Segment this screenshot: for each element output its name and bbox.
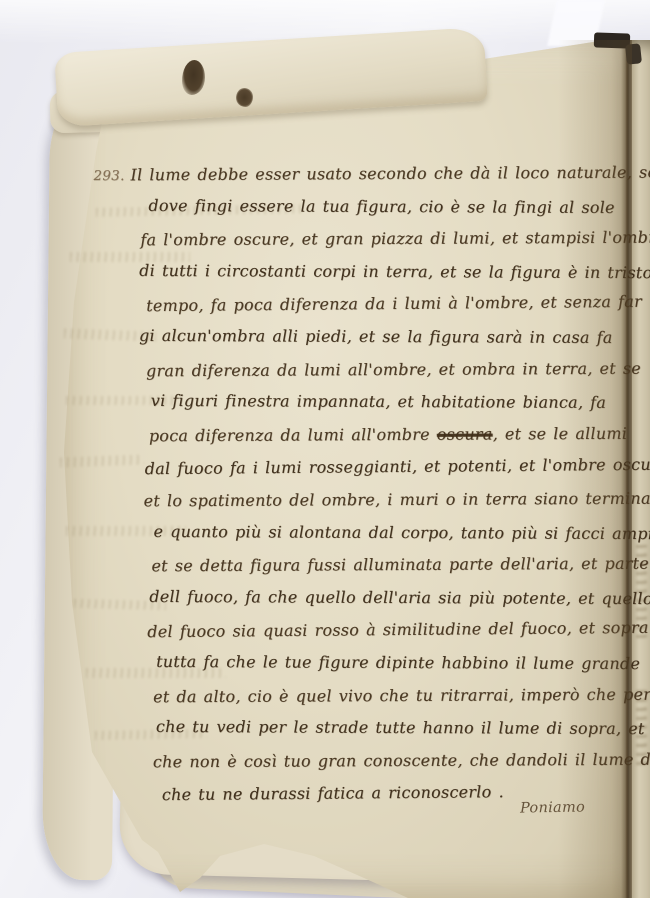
manuscript-line: dell fuoco, fa che quello dell'aria sia … — [149, 581, 647, 616]
manuscript-scan: 293. Il lume debbe esser usato secondo c… — [0, 0, 650, 898]
manuscript-line: dove fingi essere la tua figura, cio è s… — [148, 190, 636, 225]
manuscript-line: et se detta figura fussi alluminata part… — [151, 548, 646, 583]
manuscript-line: gi alcun'ombra alli piedi, et se la figu… — [139, 320, 640, 355]
manuscript-line: et da alto, cio è quel vivo che tu ritra… — [153, 678, 650, 713]
manuscript-line: fa l'ombre oscure, et gran piazza di lum… — [140, 222, 637, 257]
struck-word: oscura — [436, 424, 492, 443]
manuscript-line: et lo spatimento del ombre, i muri o in … — [143, 483, 644, 518]
manuscript-line: gran diferenza da lumi all'ombre, et omb… — [145, 352, 640, 387]
catchword: Poniamo — [520, 799, 585, 816]
page-number: 293. — [93, 160, 125, 193]
manuscript-line: che tu vedi per le strade tutte hanno il… — [156, 711, 650, 746]
text-lines: Il lume debbe esser usato secondo che dà… — [134, 158, 650, 810]
ink-blot-2 — [236, 88, 253, 107]
line-text: poca diferenza da lumi all'ombre — [148, 425, 437, 446]
manuscript-line: vi figuri finestra impannata, et habitat… — [150, 385, 641, 420]
manuscript-line: che non è così tuo gran conoscente, che … — [152, 743, 650, 778]
manuscript-line: dal fuoco fa i lumi rosseggianti, et pot… — [144, 449, 643, 486]
manuscript-line: Il lume debbe esser usato secondo che dà… — [130, 157, 635, 192]
handwritten-text-block: 293. Il lume debbe esser usato secondo c… — [134, 158, 650, 810]
manuscript-line: di tutti i circostanti corpi in terra, e… — [139, 255, 638, 290]
manuscript-line: e quanto più si alontana dal corpo, tant… — [153, 515, 645, 550]
manuscript-line: tempo, fa poca diferenza da i lumi à l'o… — [146, 286, 639, 323]
line-text: , et se le allumi — [492, 424, 627, 444]
binding-dark-notch-2 — [625, 43, 642, 64]
manuscript-line: del fuoco sia quasi rosso à similitudine… — [147, 612, 648, 649]
manuscript-line: tutta fa che le tue figure dipinte habbi… — [156, 646, 649, 681]
manuscript-line: poca diferenza da lumi all'ombre oscura,… — [148, 417, 642, 452]
